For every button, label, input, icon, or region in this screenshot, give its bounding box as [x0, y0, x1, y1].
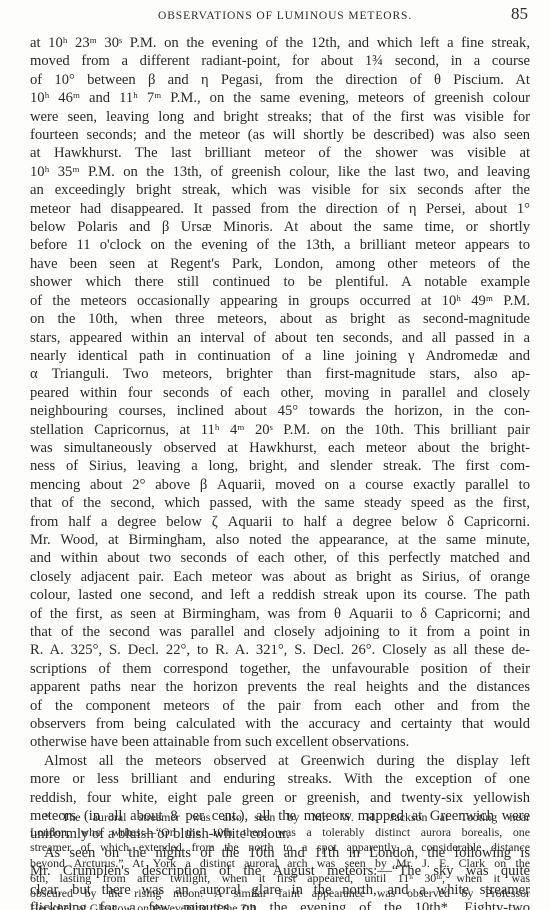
body-line: otherwise have been attainable from such…: [30, 733, 530, 751]
body-line: were seen, leaving long and bright strea…: [30, 108, 530, 126]
document-page: OBSERVATIONS OF LUMINOUS METEORS. 85 at …: [0, 0, 550, 910]
body-line: meteor had disappeared. It passed from t…: [30, 200, 530, 218]
body-line: of the component meteors of the pair fro…: [30, 697, 530, 715]
body-line: observers from being calculated with the…: [30, 715, 530, 733]
body-line: α Trianguli. Two meteors, brighter than …: [30, 365, 530, 383]
footnote-line: * The auroral streamer was also seen by …: [30, 810, 530, 825]
body-line: from half a degree below ζ Aquarii to ha…: [30, 513, 530, 531]
footnote-line: streamer of which extended from the nort…: [30, 840, 530, 855]
body-line: mencing about 2° above β Aquarii, moved …: [30, 476, 530, 494]
body-line: of the first, as seen at Birmingham, was…: [30, 605, 530, 623]
footnote-line: London, who writes:—“On the 10th there w…: [30, 825, 530, 840]
body-line: and within about two seconds of each oth…: [30, 549, 530, 567]
body-line: shower which there still continued to be…: [30, 273, 530, 291]
body-line: nearly identical path in continuation of…: [30, 347, 530, 365]
running-header: OBSERVATIONS OF LUMINOUS METEORS. 85: [0, 6, 550, 26]
paragraph-start-line: Almost all the meteors observed at Green…: [30, 752, 530, 770]
body-line: was simultaneously observed at Hawkhurst…: [30, 439, 530, 457]
body-line: have been seen at Regent's Park, London,…: [30, 255, 530, 273]
footnote: * The auroral streamer was also seen by …: [30, 810, 530, 910]
body-line: more or less brilliant and enduring stre…: [30, 770, 530, 788]
body-line: on the 10th, when three meteors, about a…: [30, 310, 530, 328]
body-line: neighbouring courses, inclined about 45°…: [30, 402, 530, 420]
body-line: closely adjacent pair. Each meteor was a…: [30, 568, 530, 586]
body-line: 10ʰ 35ᵐ P.M. on the 13th, of greenish co…: [30, 163, 530, 181]
page-number: 85: [511, 4, 528, 24]
body-line: peared within four seconds of each other…: [30, 384, 530, 402]
body-line: at Hawkhurst. The last brilliant meteor …: [30, 144, 530, 162]
body-line: at 10ʰ 23ᵐ 30ˢ P.M. on the evening of th…: [30, 34, 530, 52]
footnote-line: Herschel, at Glasgow, on the evening of …: [30, 901, 530, 910]
body-line: moved from a different radiant-point, fo…: [30, 52, 530, 70]
body-line: colour, lasted one second, and left a re…: [30, 586, 530, 604]
running-title: OBSERVATIONS OF LUMINOUS METEORS.: [158, 10, 412, 22]
body-line: scriptions of them correspond together, …: [30, 660, 530, 678]
body-line: before 11 o'clock on the evening of the …: [30, 236, 530, 254]
footnote-line: 6th, lasting from after twilight, when i…: [30, 871, 530, 886]
body-line: that of the second, which passed, with t…: [30, 494, 530, 512]
body-line: reddish, four white, eight pale green or…: [30, 789, 530, 807]
body-line: Mr. Wood, at Birmingham, also noted the …: [30, 531, 530, 549]
body-line: of the meteors occasionally appearing in…: [30, 292, 530, 310]
body-line: apparent paths near the horizon prevents…: [30, 678, 530, 696]
body-line: fourteen seconds; and the meteor (as wil…: [30, 126, 530, 144]
body-line: 10ʰ 46ᵐ and 11ʰ 7ᵐ P.M., on the same eve…: [30, 89, 530, 107]
body-line: of 10° between β and η Pegasi, from the …: [30, 71, 530, 89]
body-line: below Polaris and β Ursæ Minoris. At abo…: [30, 218, 530, 236]
body-line: R. A. 325°, S. Decl. 22°, to R. A. 321°,…: [30, 641, 530, 659]
body-line: ness of Sirius, leaving a long, bright, …: [30, 457, 530, 475]
body-text: at 10ʰ 23ᵐ 30ˢ P.M. on the evening of th…: [30, 34, 530, 910]
body-line: stars, appeared within an interval of ab…: [30, 329, 530, 347]
body-line: that of the second was parallel and clos…: [30, 623, 530, 641]
body-line: stellation Capricornus, at 11ʰ 4ᵐ 20ˢ P.…: [30, 421, 530, 439]
body-line: an exceedingly bright streak, which was …: [30, 181, 530, 199]
footnote-line: beyond Arcturus.” At York a distinct aur…: [30, 856, 530, 871]
footnote-line: obscured by the rising moon. A similar f…: [30, 886, 530, 901]
